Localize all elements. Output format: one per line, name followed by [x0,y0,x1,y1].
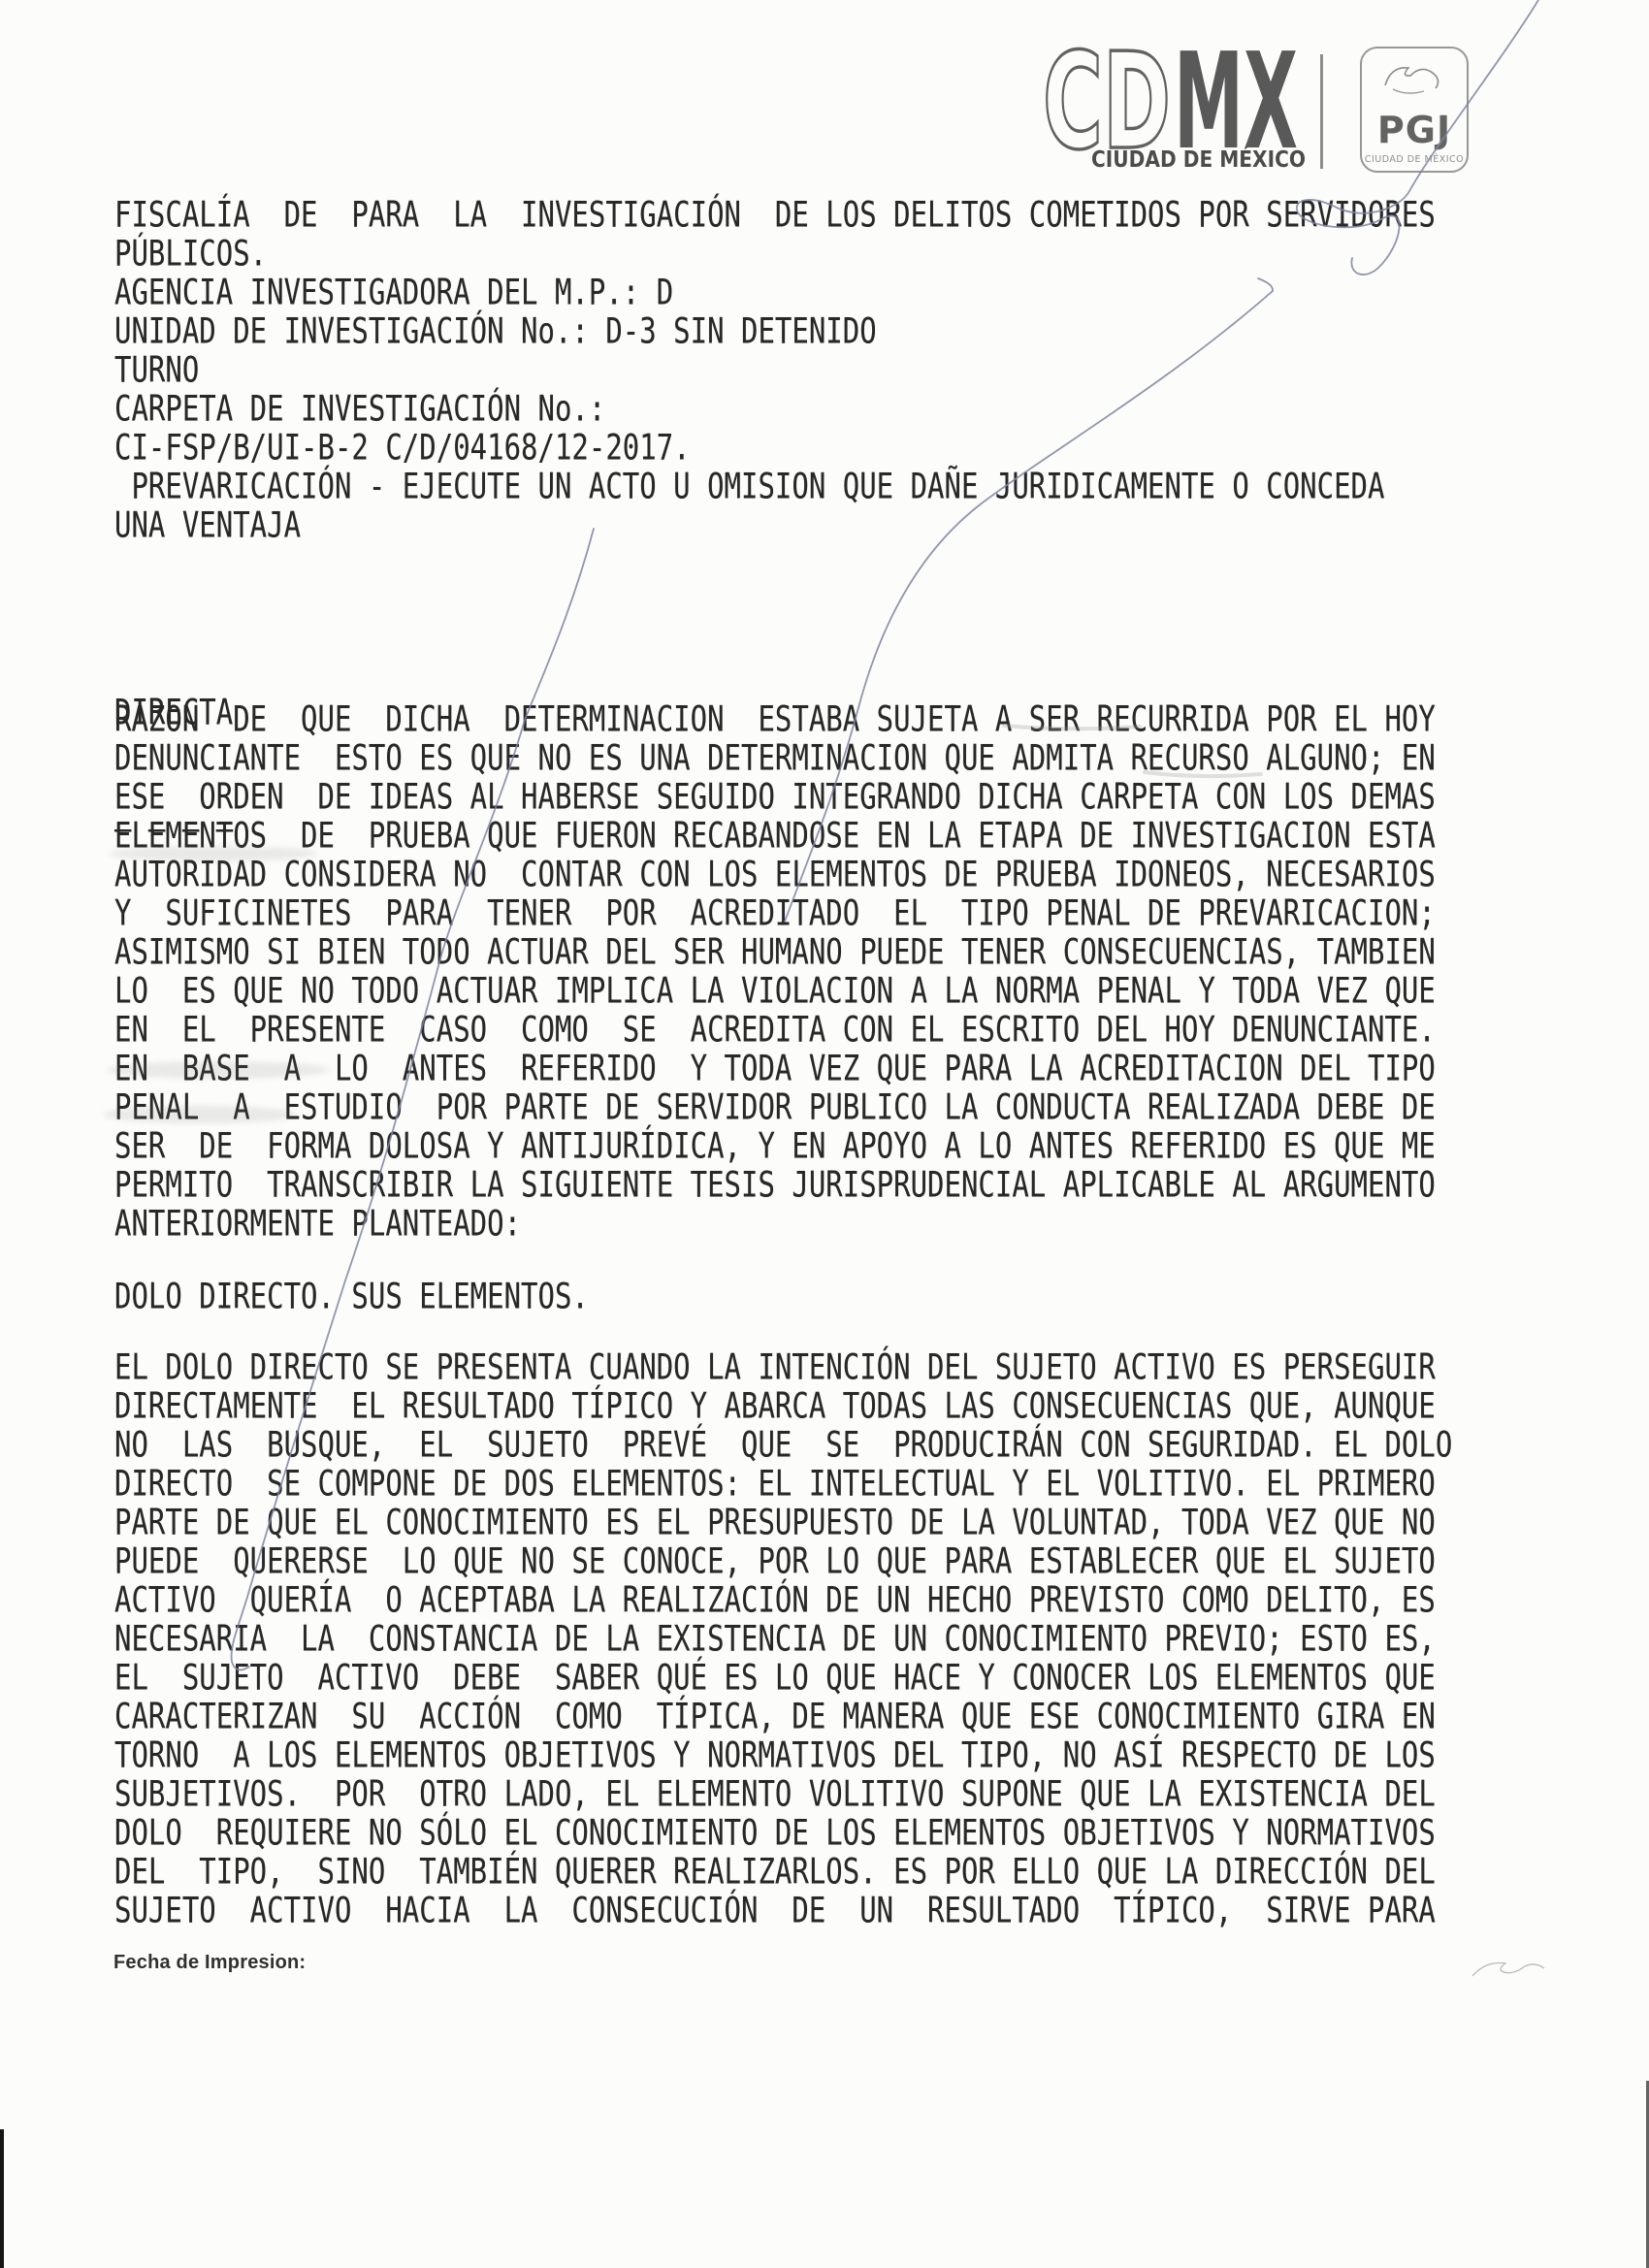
scan-smudge [103,1106,297,1123]
scan-edge-artifact [0,2129,4,2268]
pgj-seal: PGJ CIUDAD DE MÉXICO [1360,47,1469,173]
eagle-sketch-icon [1374,52,1457,107]
document-header-block: FISCALÍA DE PARA LA INVESTIGACIÓN DE LOS… [114,195,1436,544]
scan-smudge [109,846,317,861]
scanned-legal-document-page: CD MX CIUDAD DE MÉXICO PGJ CIUDAD DE MÉX… [0,0,1649,2268]
thesis-title: DOLO DIRECTO. SUS ELEMENTOS. [114,1277,589,1315]
print-date-label: Fecha de Impresion: [113,1952,306,1974]
paragraph-dolo-directo: EL DOLO DIRECTO SE PRESENTA CUANDO LA IN… [114,1347,1452,1929]
paragraph-razon: RAZON DE QUE DICHA DETERMINACION ESTABA … [114,699,1436,1243]
pgj-label: PGJ [1362,109,1467,151]
pen-squiggle-bottom [1472,1963,1544,1976]
logo-divider [1320,54,1323,169]
scan-smudge [107,1061,330,1079]
pgj-caption: CIUDAD DE MÉXICO [1362,154,1467,165]
cdmx-caption: CIUDAD DE MÉXICO [1091,146,1306,173]
